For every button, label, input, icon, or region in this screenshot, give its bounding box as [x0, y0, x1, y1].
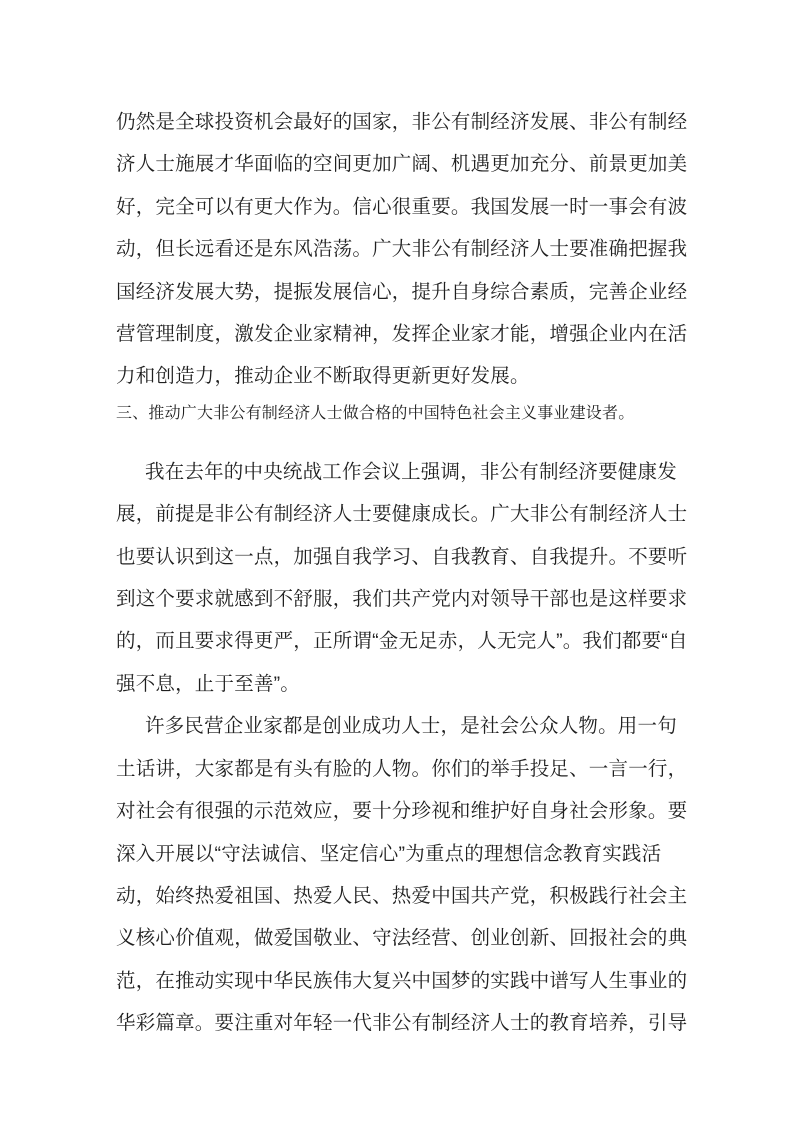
text-line: 的，而且要求得更严，正所谓“金无足赤，人无完人”。我们都要“自	[116, 620, 688, 662]
text-line: 营管理制度，激发企业家精神，发挥企业家才能，增强企业内在活	[116, 313, 688, 355]
text-line: 仍然是全球投资机会最好的国家，非公有制经济发展、非公有制经	[116, 101, 688, 143]
paragraph-3: 许多民营企业家都是创业成功人士，是社会公众人物。用一句 土话讲，大家都是有头有脸…	[116, 705, 688, 1044]
paragraph-1: 仍然是全球投资机会最好的国家，非公有制经济发展、非公有制经 济人士施展才华面临的…	[116, 101, 688, 398]
text-line: 土话讲，大家都是有头有脸的人物。你们的举手投足、一言一行，	[116, 748, 688, 790]
text-column: 仍然是全球投资机会最好的国家，非公有制经济发展、非公有制经 济人士施展才华面临的…	[116, 101, 688, 1045]
text-line: 对社会有很强的示范效应，要十分珍视和维护好自身社会形象。要	[116, 790, 688, 832]
text-line: 济人士施展才华面临的空间更加广阔、机遇更加充分、前景更加美	[116, 143, 688, 185]
text-line: 也要认识到这一点，加强自我学习、自我教育、自我提升。不要听	[116, 536, 688, 578]
document-page: 仍然是全球投资机会最好的国家，非公有制经济发展、非公有制经 济人士施展才华面临的…	[0, 0, 800, 1130]
text-line: 强不息，止于至善”。	[116, 663, 688, 705]
text-line: 义核心价值观，做爱国敬业、守法经营、创业创新、回报社会的典	[116, 917, 688, 959]
text-line: 深入开展以“守法诚信、坚定信心”为重点的理想信念教育实践活	[116, 833, 688, 875]
text-line: 动，但长远看还是东风浩荡。广大非公有制经济人士要准确把握我	[116, 228, 688, 270]
text-line: 华彩篇章。要注重对年轻一代非公有制经济人士的教育培养，引导	[116, 1002, 688, 1044]
paragraph-2: 我在去年的中央统战工作会议上强调，非公有制经济要健康发 展，前提是非公有制经济人…	[116, 451, 688, 705]
text-line: 动，始终热爱祖国、热爱人民、热爱中国共产党，积极践行社会主	[116, 875, 688, 917]
text-line: 国经济发展大势，提振发展信心，提升自身综合素质，完善企业经	[116, 271, 688, 313]
section-heading: 三、推动广大非公有制经济人士做合格的中国特色社会主义事业建设者。	[116, 399, 688, 429]
text-line: 到这个要求就感到不舒服，我们共产党内对领导干部也是这样要求	[116, 578, 688, 620]
text-line: 力和创造力，推动企业不断取得更新更好发展。	[116, 355, 688, 397]
text-line: 展，前提是非公有制经济人士要健康成长。广大非公有制经济人士	[116, 493, 688, 535]
text-line: 许多民营企业家都是创业成功人士，是社会公众人物。用一句	[116, 705, 688, 747]
text-line: 好，完全可以有更大作为。信心很重要。我国发展一时一事会有波	[116, 186, 688, 228]
text-line: 范，在推动实现中华民族伟大复兴中国梦的实践中谱写人生事业的	[116, 960, 688, 1002]
text-line: 我在去年的中央统战工作会议上强调，非公有制经济要健康发	[116, 451, 688, 493]
